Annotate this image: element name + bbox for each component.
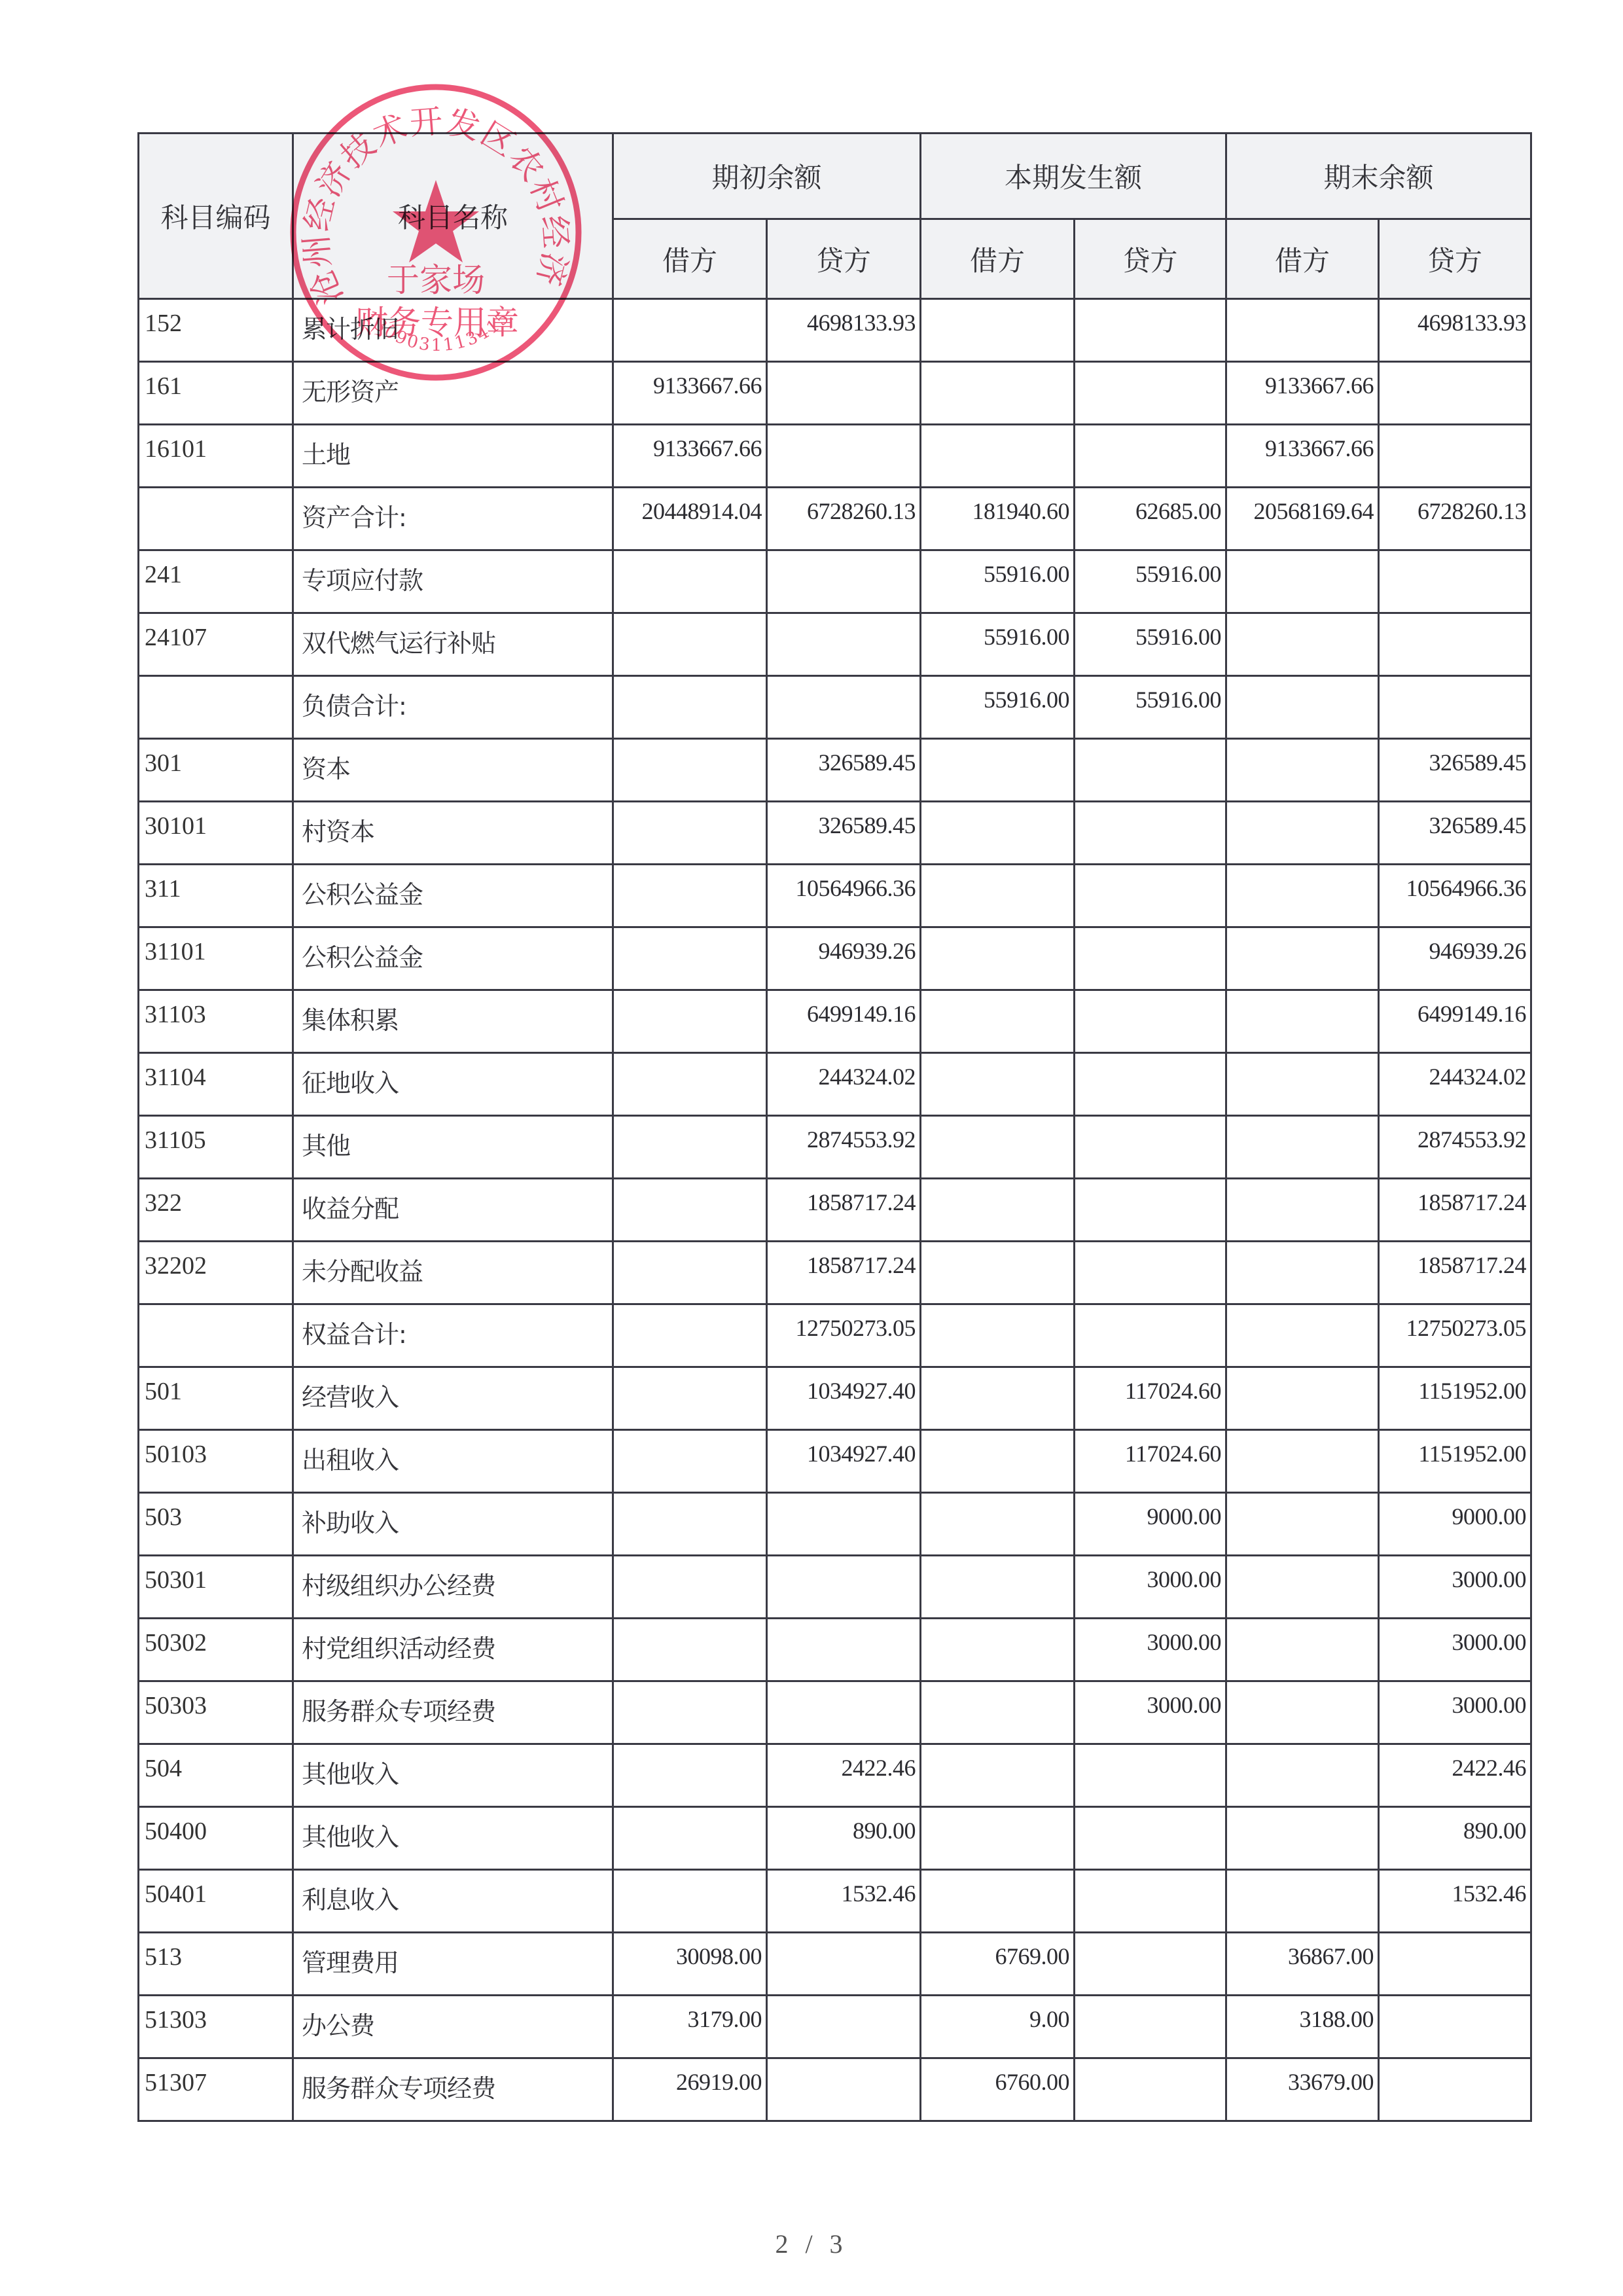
account-code-cell: 16101 [139, 425, 293, 488]
table-row: 31104征地收入244324.02244324.02 [139, 1053, 1531, 1116]
opening-credit-cell: 244324.02 [767, 1053, 921, 1116]
period-credit-cell: 3000.00 [1075, 1681, 1226, 1744]
period-debit-cell [921, 1367, 1075, 1430]
closing-debit-cell [1226, 802, 1379, 865]
period-debit-cell [921, 1430, 1075, 1493]
account-code-cell: 50401 [139, 1870, 293, 1933]
opening-debit-cell: 9133667.66 [613, 362, 767, 425]
closing-debit-cell [1226, 1367, 1379, 1430]
opening-debit-cell [613, 1116, 767, 1179]
table-row: 31105其他2874553.922874553.92 [139, 1116, 1531, 1179]
opening-credit-cell [767, 425, 921, 488]
account-code-cell: 503 [139, 1493, 293, 1556]
table-row: 50303服务群众专项经费3000.003000.00 [139, 1681, 1531, 1744]
period-credit-cell [1075, 1870, 1226, 1933]
closing-credit-cell: 1151952.00 [1379, 1367, 1531, 1430]
opening-debit-cell [613, 1681, 767, 1744]
header-opening-debit: 借方 [613, 219, 767, 299]
closing-credit-cell: 6499149.16 [1379, 990, 1531, 1053]
header-opening-balance: 期初余额 [613, 134, 921, 219]
closing-credit-cell: 326589.45 [1379, 739, 1531, 802]
closing-debit-cell [1226, 299, 1379, 362]
account-code-cell: 152 [139, 299, 293, 362]
opening-credit-cell [767, 1556, 921, 1619]
opening-credit-cell: 326589.45 [767, 739, 921, 802]
closing-credit-cell: 326589.45 [1379, 802, 1531, 865]
opening-debit-cell [613, 299, 767, 362]
account-name-cell: 资本 [293, 739, 613, 802]
opening-debit-cell [613, 1807, 767, 1870]
table-row: 32202未分配收益1858717.241858717.24 [139, 1242, 1531, 1304]
opening-credit-cell: 12750273.05 [767, 1304, 921, 1367]
table-row: 31101公积公益金946939.26946939.26 [139, 927, 1531, 990]
period-credit-cell [1075, 865, 1226, 927]
account-code-cell [139, 1304, 293, 1367]
opening-credit-cell [767, 1933, 921, 1996]
closing-credit-cell [1379, 676, 1531, 739]
closing-credit-cell [1379, 550, 1531, 613]
period-credit-cell [1075, 1996, 1226, 2058]
table-row: 30101村资本326589.45326589.45 [139, 802, 1531, 865]
opening-debit-cell [613, 1053, 767, 1116]
period-credit-cell [1075, 1053, 1226, 1116]
closing-credit-cell [1379, 425, 1531, 488]
table-row: 50302村党组织活动经费3000.003000.00 [139, 1619, 1531, 1681]
period-debit-cell [921, 1242, 1075, 1304]
account-name-cell: 服务群众专项经费 [293, 1681, 613, 1744]
opening-credit-cell: 1034927.40 [767, 1430, 921, 1493]
opening-debit-cell: 9133667.66 [613, 425, 767, 488]
period-credit-cell: 3000.00 [1075, 1619, 1226, 1681]
closing-debit-cell [1226, 1430, 1379, 1493]
period-debit-cell: 6769.00 [921, 1933, 1075, 1996]
period-debit-cell: 181940.60 [921, 488, 1075, 550]
period-debit-cell [921, 299, 1075, 362]
opening-debit-cell [613, 1870, 767, 1933]
closing-debit-cell [1226, 1053, 1379, 1116]
header-closing-debit: 借方 [1226, 219, 1379, 299]
account-name-cell: 征地收入 [293, 1053, 613, 1116]
account-code-cell: 24107 [139, 613, 293, 676]
opening-debit-cell [613, 1430, 767, 1493]
account-code-cell: 241 [139, 550, 293, 613]
closing-debit-cell [1226, 739, 1379, 802]
account-code-cell: 513 [139, 1933, 293, 1996]
period-credit-cell: 62685.00 [1075, 488, 1226, 550]
closing-credit-cell [1379, 2058, 1531, 2121]
period-credit-cell: 9000.00 [1075, 1493, 1226, 1556]
account-code-cell [139, 488, 293, 550]
closing-debit-cell: 9133667.66 [1226, 362, 1379, 425]
period-debit-cell [921, 1681, 1075, 1744]
period-credit-cell: 55916.00 [1075, 613, 1226, 676]
period-debit-cell [921, 425, 1075, 488]
account-code-cell: 322 [139, 1179, 293, 1242]
closing-credit-cell: 244324.02 [1379, 1053, 1531, 1116]
closing-credit-cell: 3000.00 [1379, 1619, 1531, 1681]
table-row: 503补助收入9000.009000.00 [139, 1493, 1531, 1556]
account-name-cell: 村党组织活动经费 [293, 1619, 613, 1681]
period-credit-cell [1075, 802, 1226, 865]
opening-credit-cell: 6499149.16 [767, 990, 921, 1053]
opening-debit-cell [613, 739, 767, 802]
document-page: 科目编码 科目名称 期初余额 本期发生额 期末余额 借方 贷方 借方 贷方 借方… [0, 0, 1623, 2296]
closing-debit-cell [1226, 1744, 1379, 1807]
opening-debit-cell [613, 1367, 767, 1430]
account-name-cell: 无形资产 [293, 362, 613, 425]
closing-credit-cell: 1151952.00 [1379, 1430, 1531, 1493]
account-code-cell: 31105 [139, 1116, 293, 1179]
period-debit-cell: 6760.00 [921, 2058, 1075, 2121]
account-code-cell: 31103 [139, 990, 293, 1053]
period-credit-cell: 117024.60 [1075, 1430, 1226, 1493]
account-name-cell: 资产合计: [293, 488, 613, 550]
period-debit-cell [921, 1807, 1075, 1870]
account-name-cell: 公积公益金 [293, 927, 613, 990]
period-credit-cell [1075, 1242, 1226, 1304]
period-debit-cell [921, 1179, 1075, 1242]
closing-credit-cell [1379, 1996, 1531, 2058]
table-row: 501经营收入1034927.40117024.601151952.00 [139, 1367, 1531, 1430]
closing-debit-cell: 9133667.66 [1226, 425, 1379, 488]
closing-credit-cell [1379, 362, 1531, 425]
closing-credit-cell [1379, 1933, 1531, 1996]
closing-credit-cell: 9000.00 [1379, 1493, 1531, 1556]
opening-credit-cell: 6728260.13 [767, 488, 921, 550]
opening-debit-cell [613, 1242, 767, 1304]
opening-credit-cell: 1532.46 [767, 1870, 921, 1933]
account-name-cell: 管理费用 [293, 1933, 613, 1996]
table-row: 513管理费用30098.006769.0036867.00 [139, 1933, 1531, 1996]
table-row: 负债合计:55916.0055916.00 [139, 676, 1531, 739]
account-name-cell: 集体积累 [293, 990, 613, 1053]
closing-debit-cell [1226, 1681, 1379, 1744]
opening-credit-cell: 326589.45 [767, 802, 921, 865]
opening-credit-cell: 1034927.40 [767, 1367, 921, 1430]
table-row: 161无形资产9133667.669133667.66 [139, 362, 1531, 425]
opening-debit-cell: 30098.00 [613, 1933, 767, 1996]
table-row: 50401利息收入1532.461532.46 [139, 1870, 1531, 1933]
account-name-cell: 村资本 [293, 802, 613, 865]
period-credit-cell [1075, 739, 1226, 802]
period-debit-cell [921, 1116, 1075, 1179]
period-debit-cell [921, 1619, 1075, 1681]
account-code-cell: 50400 [139, 1807, 293, 1870]
opening-credit-cell: 946939.26 [767, 927, 921, 990]
opening-credit-cell: 1858717.24 [767, 1179, 921, 1242]
opening-debit-cell [613, 676, 767, 739]
period-debit-cell [921, 1870, 1075, 1933]
closing-credit-cell: 10564966.36 [1379, 865, 1531, 927]
period-debit-cell [921, 362, 1075, 425]
account-name-cell: 专项应付款 [293, 550, 613, 613]
opening-credit-cell: 4698133.93 [767, 299, 921, 362]
opening-debit-cell [613, 1304, 767, 1367]
account-code-cell: 31104 [139, 1053, 293, 1116]
table-row: 322收益分配1858717.241858717.24 [139, 1179, 1531, 1242]
opening-debit-cell [613, 1744, 767, 1807]
table-row: 241专项应付款55916.0055916.00 [139, 550, 1531, 613]
account-code-cell: 50302 [139, 1619, 293, 1681]
opening-credit-cell [767, 676, 921, 739]
period-debit-cell [921, 1053, 1075, 1116]
account-name-cell: 经营收入 [293, 1367, 613, 1430]
account-code-cell: 50103 [139, 1430, 293, 1493]
opening-credit-cell [767, 1493, 921, 1556]
opening-credit-cell [767, 1619, 921, 1681]
opening-credit-cell: 10564966.36 [767, 865, 921, 927]
opening-debit-cell [613, 990, 767, 1053]
opening-debit-cell [613, 613, 767, 676]
closing-credit-cell: 1858717.24 [1379, 1242, 1531, 1304]
header-closing-credit: 贷方 [1379, 219, 1531, 299]
period-debit-cell [921, 802, 1075, 865]
opening-debit-cell: 20448914.04 [613, 488, 767, 550]
account-balance-table: 科目编码 科目名称 期初余额 本期发生额 期末余额 借方 贷方 借方 贷方 借方… [137, 132, 1532, 2122]
table-row: 50103出租收入1034927.40117024.601151952.00 [139, 1430, 1531, 1493]
period-credit-cell [1075, 1116, 1226, 1179]
period-credit-cell [1075, 299, 1226, 362]
period-credit-cell [1075, 1933, 1226, 1996]
account-code-cell: 301 [139, 739, 293, 802]
table-row: 51303办公费3179.009.003188.00 [139, 1996, 1531, 2058]
period-credit-cell: 55916.00 [1075, 550, 1226, 613]
header-account-name: 科目名称 [293, 134, 613, 299]
closing-credit-cell: 1858717.24 [1379, 1179, 1531, 1242]
account-code-cell: 30101 [139, 802, 293, 865]
account-name-cell: 出租收入 [293, 1430, 613, 1493]
opening-debit-cell [613, 802, 767, 865]
account-code-cell: 32202 [139, 1242, 293, 1304]
opening-debit-cell [613, 550, 767, 613]
closing-credit-cell: 890.00 [1379, 1807, 1531, 1870]
closing-debit-cell [1226, 1619, 1379, 1681]
closing-credit-cell: 946939.26 [1379, 927, 1531, 990]
closing-credit-cell: 3000.00 [1379, 1556, 1531, 1619]
period-debit-cell [921, 1744, 1075, 1807]
period-credit-cell [1075, 1807, 1226, 1870]
period-credit-cell [1075, 927, 1226, 990]
account-name-cell: 其他 [293, 1116, 613, 1179]
account-name-cell: 村级组织办公经费 [293, 1556, 613, 1619]
closing-credit-cell: 6728260.13 [1379, 488, 1531, 550]
opening-debit-cell [613, 1556, 767, 1619]
account-name-cell: 收益分配 [293, 1179, 613, 1242]
opening-credit-cell [767, 362, 921, 425]
opening-debit-cell [613, 927, 767, 990]
period-debit-cell [921, 927, 1075, 990]
page-number: 2 / 3 [746, 2229, 877, 2259]
header-period-activity: 本期发生额 [921, 134, 1226, 219]
header-row-groups: 科目编码 科目名称 期初余额 本期发生额 期末余额 [139, 134, 1531, 219]
closing-debit-cell [1226, 1493, 1379, 1556]
account-code-cell: 51303 [139, 1996, 293, 2058]
period-credit-cell [1075, 1179, 1226, 1242]
period-credit-cell [1075, 1304, 1226, 1367]
account-name-cell: 公积公益金 [293, 865, 613, 927]
table-row: 权益合计:12750273.0512750273.05 [139, 1304, 1531, 1367]
closing-debit-cell [1226, 1870, 1379, 1933]
opening-credit-cell: 2422.46 [767, 1744, 921, 1807]
opening-debit-cell [613, 1619, 767, 1681]
closing-debit-cell [1226, 1807, 1379, 1870]
period-debit-cell: 55916.00 [921, 550, 1075, 613]
period-debit-cell [921, 865, 1075, 927]
header-closing-balance: 期末余额 [1226, 134, 1531, 219]
period-credit-cell [1075, 425, 1226, 488]
closing-credit-cell: 12750273.05 [1379, 1304, 1531, 1367]
account-name-cell: 其他收入 [293, 1807, 613, 1870]
account-name-cell: 办公费 [293, 1996, 613, 2058]
header-period-debit: 借方 [921, 219, 1075, 299]
account-code-cell: 51307 [139, 2058, 293, 2121]
closing-credit-cell: 2874553.92 [1379, 1116, 1531, 1179]
period-credit-cell: 117024.60 [1075, 1367, 1226, 1430]
account-name-cell: 累计折旧 [293, 299, 613, 362]
opening-credit-cell [767, 1996, 921, 2058]
header-opening-credit: 贷方 [767, 219, 921, 299]
period-debit-cell [921, 1556, 1075, 1619]
account-name-cell: 负债合计: [293, 676, 613, 739]
closing-debit-cell [1226, 1304, 1379, 1367]
closing-debit-cell: 20568169.64 [1226, 488, 1379, 550]
closing-debit-cell [1226, 1556, 1379, 1619]
period-debit-cell [921, 739, 1075, 802]
table-row: 301资本326589.45326589.45 [139, 739, 1531, 802]
table-row: 504其他收入2422.462422.46 [139, 1744, 1531, 1807]
opening-credit-cell [767, 613, 921, 676]
closing-debit-cell [1226, 676, 1379, 739]
header-period-credit: 贷方 [1075, 219, 1226, 299]
account-code-cell: 50303 [139, 1681, 293, 1744]
opening-debit-cell: 26919.00 [613, 2058, 767, 2121]
opening-credit-cell: 890.00 [767, 1807, 921, 1870]
closing-debit-cell [1226, 927, 1379, 990]
period-credit-cell [1075, 1744, 1226, 1807]
table-row: 16101土地9133667.669133667.66 [139, 425, 1531, 488]
account-name-cell: 权益合计: [293, 1304, 613, 1367]
table-row: 31103集体积累6499149.166499149.16 [139, 990, 1531, 1053]
account-code-cell: 31101 [139, 927, 293, 990]
period-debit-cell [921, 1304, 1075, 1367]
period-credit-cell [1075, 362, 1226, 425]
closing-debit-cell [1226, 550, 1379, 613]
table-row: 24107双代燃气运行补贴55916.0055916.00 [139, 613, 1531, 676]
closing-credit-cell: 1532.46 [1379, 1870, 1531, 1933]
closing-debit-cell [1226, 1179, 1379, 1242]
table-row: 51307服务群众专项经费26919.006760.0033679.00 [139, 2058, 1531, 2121]
table-row: 资产合计:20448914.046728260.13181940.6062685… [139, 488, 1531, 550]
opening-credit-cell [767, 550, 921, 613]
closing-credit-cell: 3000.00 [1379, 1681, 1531, 1744]
closing-credit-cell: 2422.46 [1379, 1744, 1531, 1807]
closing-debit-cell [1226, 1242, 1379, 1304]
account-code-cell: 161 [139, 362, 293, 425]
account-name-cell: 土地 [293, 425, 613, 488]
opening-credit-cell [767, 1681, 921, 1744]
period-debit-cell: 9.00 [921, 1996, 1075, 2058]
period-debit-cell: 55916.00 [921, 676, 1075, 739]
table-row: 311公积公益金10564966.3610564966.36 [139, 865, 1531, 927]
account-name-cell: 利息收入 [293, 1870, 613, 1933]
closing-debit-cell [1226, 990, 1379, 1053]
account-name-cell: 补助收入 [293, 1493, 613, 1556]
closing-credit-cell: 4698133.93 [1379, 299, 1531, 362]
opening-debit-cell [613, 1179, 767, 1242]
account-code-cell: 504 [139, 1744, 293, 1807]
opening-debit-cell [613, 1493, 767, 1556]
table-row: 152累计折旧4698133.934698133.93 [139, 299, 1531, 362]
table-row: 50301村级组织办公经费3000.003000.00 [139, 1556, 1531, 1619]
header-account-code: 科目编码 [139, 134, 293, 299]
closing-debit-cell [1226, 865, 1379, 927]
opening-credit-cell: 2874553.92 [767, 1116, 921, 1179]
opening-debit-cell: 3179.00 [613, 1996, 767, 2058]
account-code-cell: 501 [139, 1367, 293, 1430]
opening-debit-cell [613, 865, 767, 927]
closing-debit-cell: 36867.00 [1226, 1933, 1379, 1996]
period-credit-cell [1075, 990, 1226, 1053]
account-code-cell: 50301 [139, 1556, 293, 1619]
period-credit-cell [1075, 2058, 1226, 2121]
account-name-cell: 未分配收益 [293, 1242, 613, 1304]
closing-debit-cell [1226, 1116, 1379, 1179]
table-body: 152累计折旧4698133.934698133.93161无形资产913366… [139, 299, 1531, 2121]
period-credit-cell: 55916.00 [1075, 676, 1226, 739]
account-code-cell: 311 [139, 865, 293, 927]
opening-credit-cell [767, 2058, 921, 2121]
closing-credit-cell [1379, 613, 1531, 676]
account-code-cell [139, 676, 293, 739]
opening-credit-cell: 1858717.24 [767, 1242, 921, 1304]
closing-debit-cell: 3188.00 [1226, 1996, 1379, 2058]
account-name-cell: 服务群众专项经费 [293, 2058, 613, 2121]
account-name-cell: 双代燃气运行补贴 [293, 613, 613, 676]
period-credit-cell: 3000.00 [1075, 1556, 1226, 1619]
period-debit-cell [921, 1493, 1075, 1556]
table-row: 50400其他收入890.00890.00 [139, 1807, 1531, 1870]
closing-debit-cell: 33679.00 [1226, 2058, 1379, 2121]
account-name-cell: 其他收入 [293, 1744, 613, 1807]
period-debit-cell: 55916.00 [921, 613, 1075, 676]
period-debit-cell [921, 990, 1075, 1053]
closing-debit-cell [1226, 613, 1379, 676]
